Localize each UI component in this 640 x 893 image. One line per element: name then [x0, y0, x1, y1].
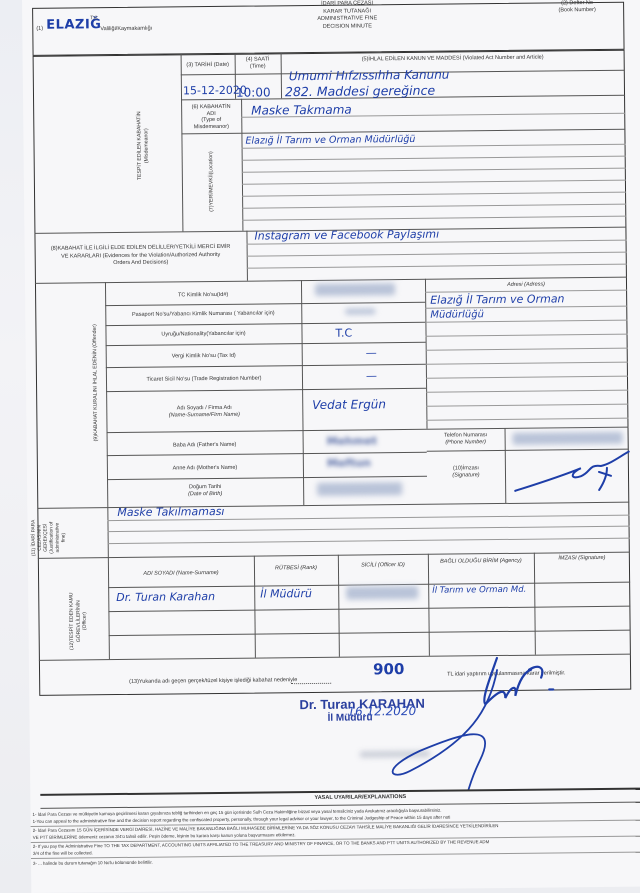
time-label: (4) SAATİ (Time) [235, 56, 281, 70]
officer-rank-value: İl Müdürü [260, 587, 312, 601]
offender-name-value: Vedat Ergün [312, 397, 386, 412]
redacted-phone [513, 432, 623, 445]
book-number-label-en: (Book Number) [542, 7, 612, 15]
offender-signature-label: (10)İmzası (Signature) [427, 465, 505, 480]
date-label: (3) TARİHİ (Date) [181, 62, 235, 70]
officer-agency-value: İl Tarım ve Orman Md. [432, 585, 526, 596]
time-value: 10:00 [236, 85, 271, 99]
violated-act-line2: 282. Maddesi gereğince [285, 83, 435, 100]
offender-field-label: Adı Soyadı / Firma Adı (Name-Surname/Fir… [106, 404, 302, 420]
officer-name-value: Dr. Turan Karahan [116, 590, 215, 604]
type-value: Maske Takmama [251, 103, 352, 118]
officer-label-line: (12)TESPİT EDEN KAMU [68, 581, 75, 661]
address-line2: Müdürlüğü [430, 309, 484, 321]
officer-col-header: SİCİLİ (Officer ID) [338, 562, 428, 570]
justification-value: Maske Takılmaması [117, 505, 224, 519]
justification-side-label: (11) İDARİ PARA CEZASININ GEREKÇESİ (Jus… [31, 508, 68, 568]
governorship-label: Valiliği/Kaymakamlığı [100, 26, 152, 33]
document-title: İDARİ PARA CEZASI KARAR TUTANAĞI ADMINIS… [292, 0, 402, 31]
explanation-line: 3- ... halinde bu durum tutanağın 10 No'… [33, 860, 153, 867]
officer-col-header: BAĞLI OLDUĞU BİRİM (Agency) [428, 558, 534, 566]
time-label-en: (Time) [235, 63, 281, 70]
mother-name-value: Meftun [327, 456, 371, 469]
redacted-officer-id [346, 586, 418, 600]
fine-decision-document: (1) ELAZIĞ T.C Valiliği/Kaymakamlığı İDA… [22, 0, 640, 893]
address-line1: Elazığ İl Tarım ve Orman [430, 292, 564, 306]
evidence-label: (8)KABAHAT İLE İLGİLİ ELDE EDİLEN DELİLL… [37, 244, 245, 269]
book-number-label: (2) Defter No (Book Number) [542, 0, 612, 15]
offender-signature-icon [511, 446, 632, 497]
official-signature-icon [349, 649, 570, 791]
redacted-dob [317, 482, 402, 496]
officer-col-header: RÜTBESİ (Rank) [254, 565, 338, 573]
redacted-id [315, 283, 395, 296]
side-label-en: (Misdemeanor) [143, 86, 151, 206]
type-label-line: Misdemeanor) [181, 123, 241, 130]
location-value: Elazığ İl Tarım ve Orman Müdürlüğü [245, 134, 415, 147]
type-label: (6) KABAHATİN ADI (Type of Misdemeanor) [181, 104, 241, 131]
tc-superscript: T.C [90, 15, 98, 21]
explanation-line: 3/4 of the fine will be collected. [33, 850, 93, 857]
signature-label-en: (Signature) [427, 472, 505, 480]
province-prefix: (1) [36, 26, 43, 32]
misdemeanor-side-label: TESPİT EDİLEN KABAHATİN (Misdemeanor) [136, 86, 151, 206]
father-name-value: Mehmet [327, 434, 378, 448]
trade-reg-value: — [366, 369, 377, 382]
officer-side-label: (12)TESPİT EDEN KAMU GÖREVLİLERİNİN (Off… [68, 581, 88, 661]
officer-col-header: İMZASI (Signature) [534, 555, 630, 563]
redacted-passport [345, 308, 375, 314]
phone-label-en: (Phone Number) [427, 439, 505, 447]
evidence-value: Instagram ve Facebook Paylaşımı [254, 228, 439, 243]
nationality-value: T.C [335, 327, 352, 340]
tax-id-value: — [366, 346, 377, 359]
explanations-title: YASAL UYARILAR/EXPLANATIONS [230, 793, 490, 803]
title-line: DECISION MINUTE [292, 23, 402, 32]
officer-label-line: (Officer) [81, 581, 88, 661]
phone-label: Telefon Numarası (Phone Number) [427, 432, 505, 447]
location-label: (7)YERİ/MEVKİİ(Location) [208, 141, 216, 221]
offender-field-label: Doğum Tarihi (Date of Birth) [107, 483, 303, 499]
violated-act-line1: Umumi Hıfzıssıhha Kanunu [289, 68, 450, 84]
